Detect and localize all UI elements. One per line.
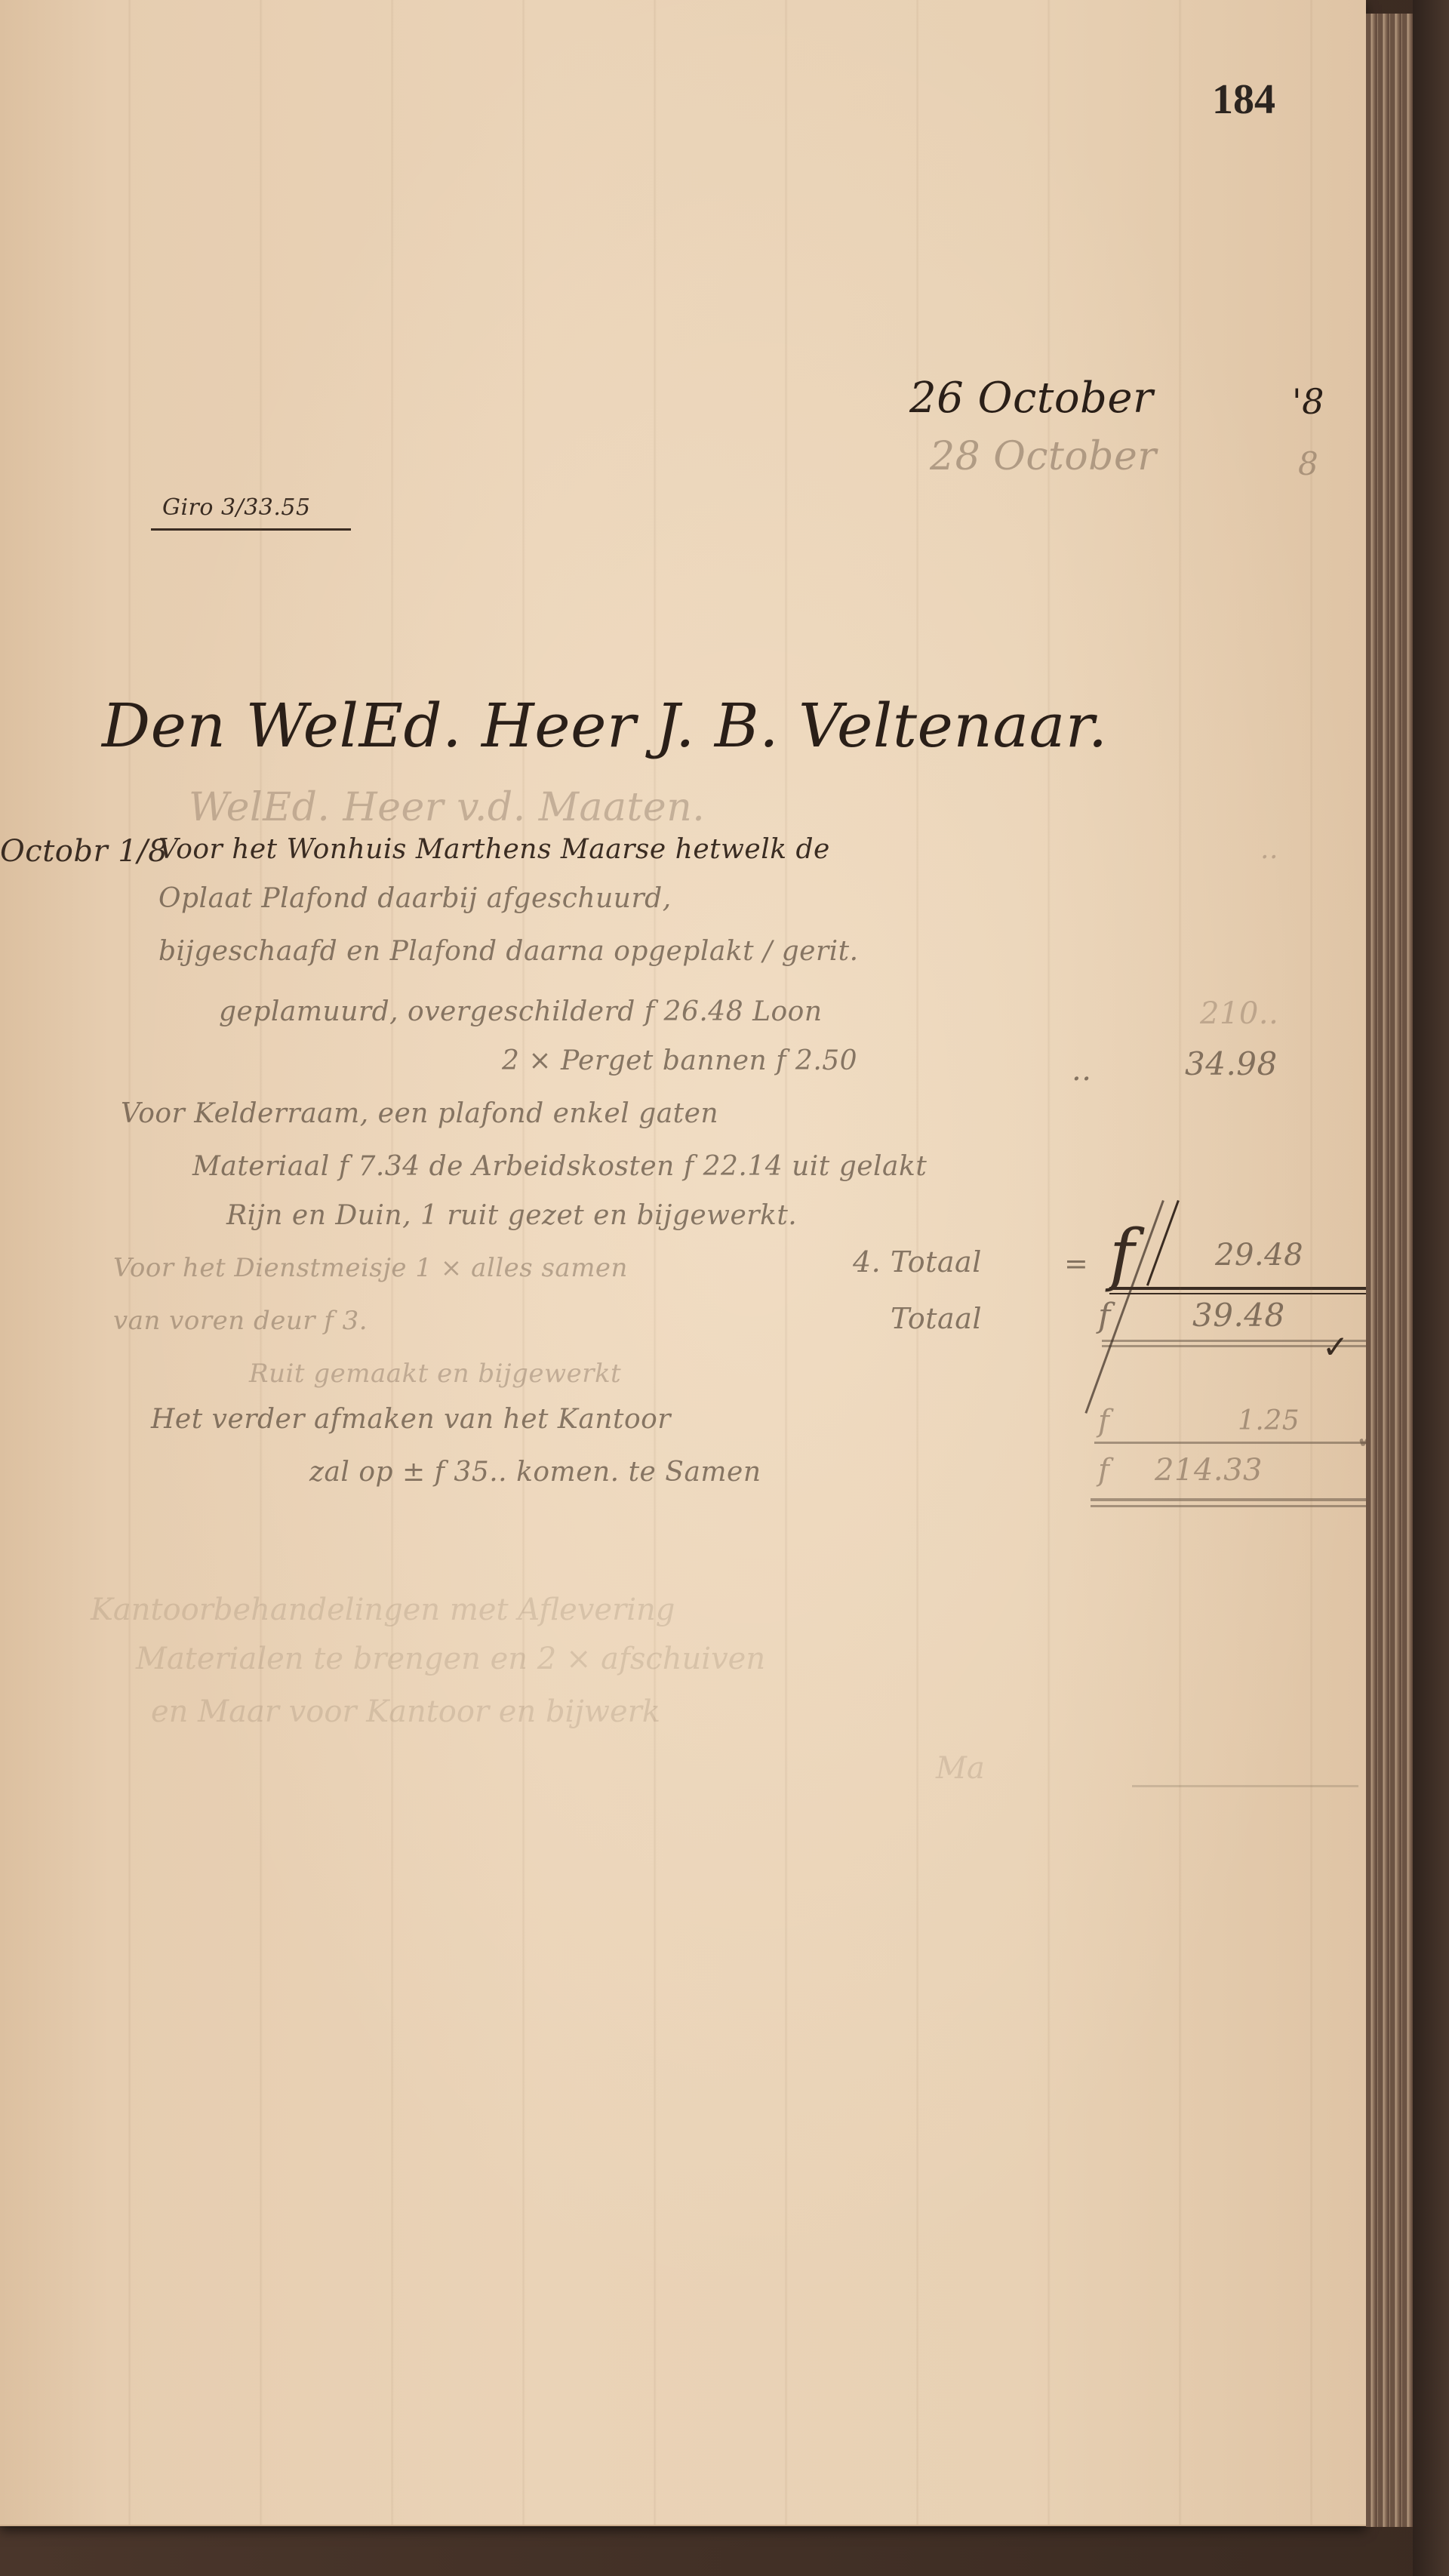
remark-currency-2: f (1098, 1453, 1109, 1488)
subtotal-prefix: 4. (853, 1245, 881, 1279)
book-cover (1413, 0, 1449, 2576)
subtotal-label: 4. Totaal (853, 1245, 982, 1279)
bleed-through-text: Ma (936, 1751, 985, 1786)
bleed-through-text: Materialen te brengen en 2 × afschuiven (136, 1642, 765, 1676)
subtotal-label-text: Totaal (891, 1245, 982, 1279)
entry-line: geplamuurd, overgeschilderd f 26.48 Loon (219, 996, 823, 1027)
florin-stroke-2 (1146, 1200, 1180, 1286)
total-rule (1102, 1340, 1396, 1342)
bleed-through-addressee: WelEd. Heer v.d. Maaten. (189, 785, 705, 830)
bleed-through-rule (1132, 1785, 1358, 1787)
right-column-marker: .. (1072, 1053, 1091, 1088)
faint-line: Voor het Dienstmeisje 1 × alles samen (113, 1253, 628, 1283)
addressee: Den WelEd. Heer J. B. Veltenaar. (102, 691, 1108, 761)
giro-underline (151, 528, 351, 531)
bleed-through-text: Kantoorbehandelingen met Aflevering (91, 1593, 675, 1627)
remark-amount: 1.25 (1238, 1405, 1300, 1436)
subtotal-value: 29.48 (1215, 1238, 1303, 1273)
bleed-through-text: en Maar voor Kantoor en bijwerk (151, 1694, 660, 1729)
entry-line: Rijn en Duin, 1 ruit gezet en bijgewerkt… (226, 1200, 797, 1231)
date-heading: 26 October (909, 374, 1153, 423)
total-value: 39.48 (1192, 1297, 1285, 1334)
total-currency: f (1098, 1297, 1111, 1335)
margin-date: Octobr 1/8 (0, 834, 168, 869)
entry-line: 2 × Perget bannen f 2.50 (502, 1045, 857, 1076)
entry-line: bijgeschaafd en Plafond daarna opgeplakt… (158, 936, 859, 967)
faint-line: van voren deur f 3. (113, 1306, 368, 1336)
total-label: Totaal (891, 1302, 982, 1335)
entry-line: Voor Kelderraam, een plafond enkel gaten (121, 1098, 718, 1129)
right-column-marker: .. (1260, 834, 1278, 865)
remark-line: Het verder afmaken van het Kantoor (151, 1404, 671, 1435)
bleed-through-date: 28 October (930, 434, 1157, 479)
equals-sign: = (1064, 1247, 1088, 1280)
entry-line: Voor het Wonhuis Marthens Maarse hetwelk… (158, 834, 830, 865)
total-rule-2 (1102, 1345, 1396, 1347)
faint-amount: 210.. (1200, 996, 1278, 1031)
book-photo: 184 26 October '8 28 October 8 Giro 3/33… (0, 0, 1449, 2576)
currency-florin: f (1109, 1215, 1135, 1294)
date-year: '8 (1292, 381, 1324, 422)
subtotal-rule-2 (1109, 1293, 1392, 1294)
remark-rule (1094, 1442, 1366, 1444)
page-block-edges (1366, 14, 1415, 2527)
page-number: 184 (1212, 75, 1275, 124)
remark-currency: f (1098, 1404, 1109, 1439)
subtotal-rule (1109, 1287, 1392, 1290)
entry-line: Oplaat Plafond daarbij afgeschuurd, (158, 883, 672, 914)
ledger-page: 184 26 October '8 28 October 8 Giro 3/33… (0, 0, 1366, 2526)
remark-double-rule (1091, 1498, 1370, 1501)
bleed-through-year: 8 (1298, 445, 1318, 482)
remark-line: zal op ± f 35.. komen. te Samen (309, 1457, 761, 1488)
entry-amount: 34.98 (1185, 1045, 1278, 1082)
check-mark-icon: ✓ (1322, 1328, 1349, 1365)
entry-line: Materiaal f 7.34 de Arbeidskosten f 22.1… (192, 1151, 927, 1182)
remark-amount-2: 214.33 (1155, 1453, 1263, 1488)
remark-double-rule-2 (1091, 1505, 1370, 1507)
faint-line: Ruit gemaakt en bijgewerkt (249, 1359, 621, 1389)
giro-reference: Giro 3/33.55 (162, 494, 311, 521)
